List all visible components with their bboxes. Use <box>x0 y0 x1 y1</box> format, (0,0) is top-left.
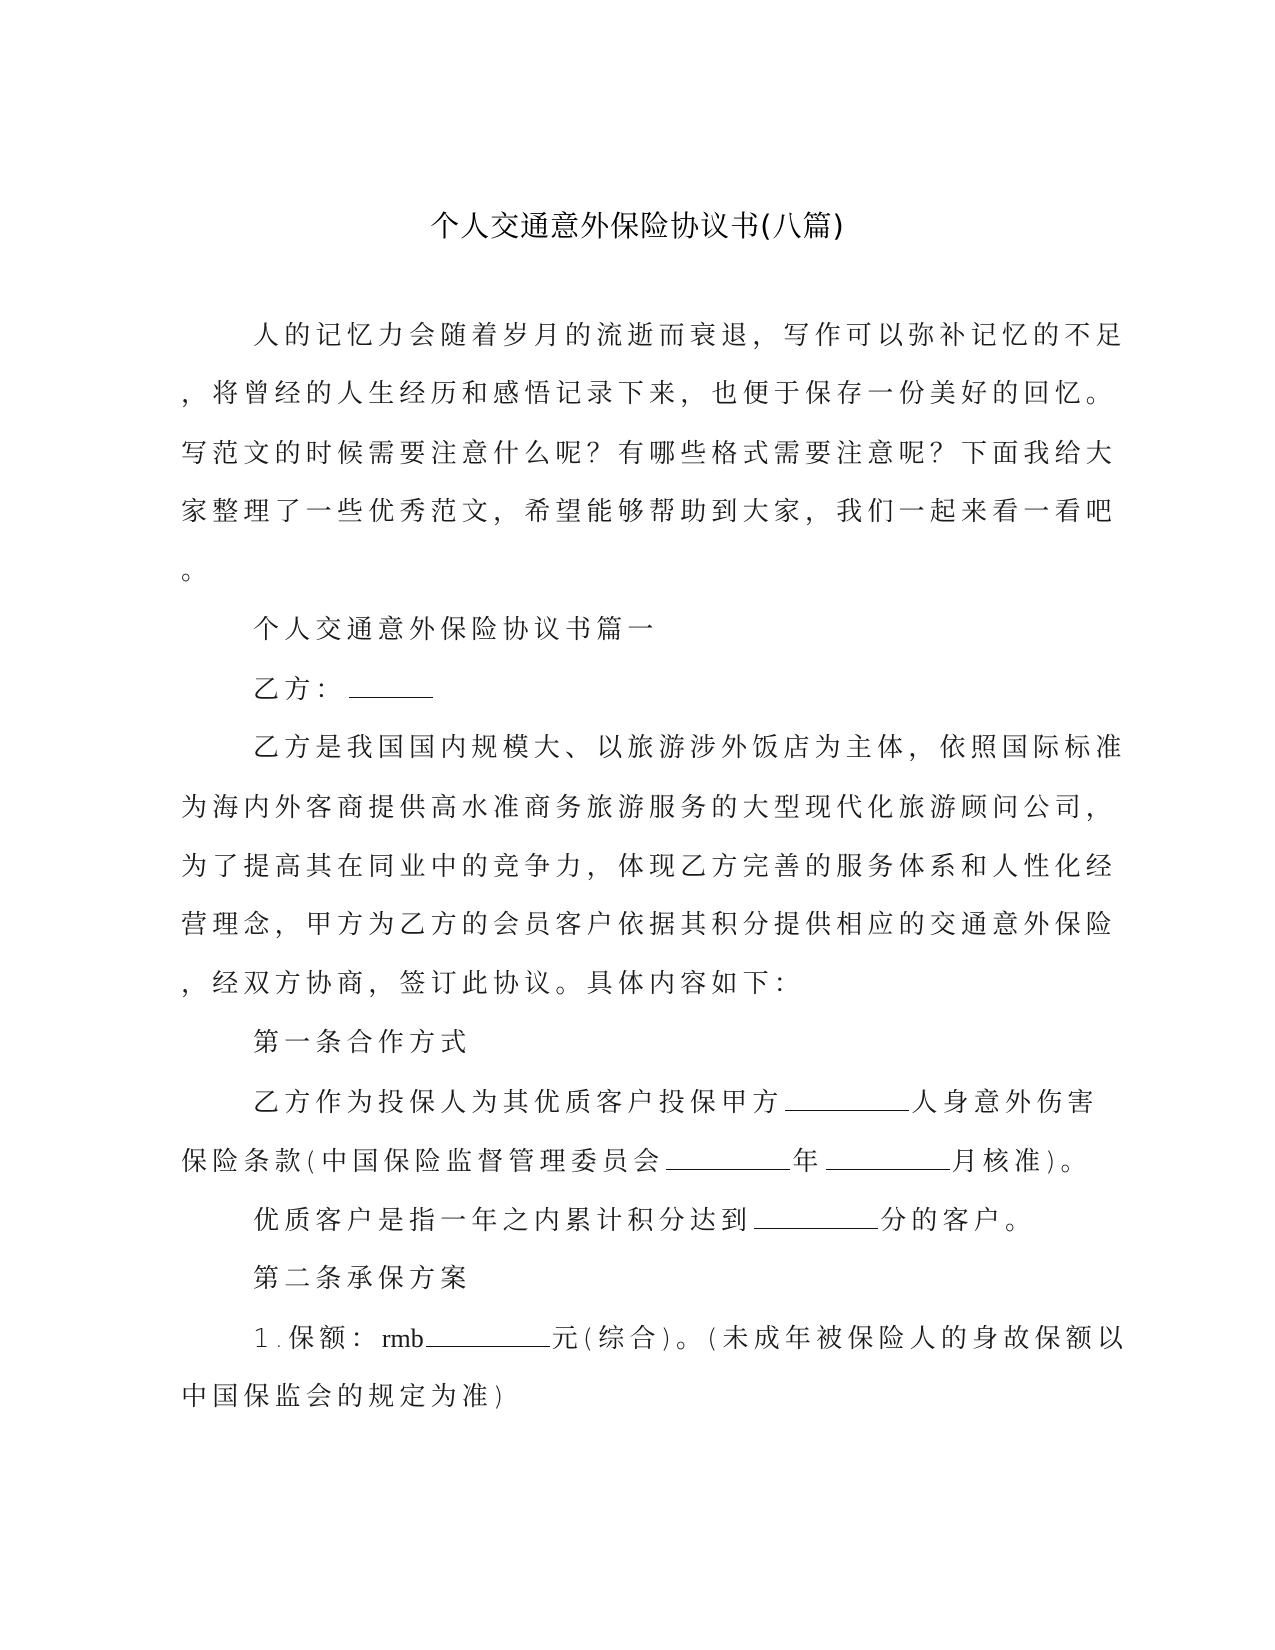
para1-line-3: 为了提高其在同业中的竞争力，体现乙方完善的服务体系和人性化经 <box>181 849 1117 885</box>
para1-line-1: 乙方是我国国内规模大、以旅游涉外饭店为主体，依照国际标准 <box>253 730 1127 766</box>
article1-line-3-text-a: 优质客户是指一年之内累计积分达到 <box>253 1206 752 1236</box>
article1-line-2-text-c: 月核准)。 <box>952 1147 1092 1177</box>
party-b-line: 乙方： <box>253 671 435 708</box>
para1-line-4: 营理念，甲方为乙方的会员客户依据其积分提供相应的交通意外保险 <box>181 907 1117 943</box>
article2-item-1-line-2: 中国保监会的规定为准) <box>181 1379 508 1415</box>
intro-line-1: 人的记忆力会随着岁月的流逝而衰退，写作可以弥补记忆的不足 <box>253 318 1127 354</box>
points-threshold-blank <box>754 1202 878 1229</box>
article1-heading: 第一条合作方式 <box>253 1025 471 1061</box>
article2-item-1: 1.保额：rmb元(综合)。(未成年被保险人的身故保额以 <box>253 1320 1128 1357</box>
party-b-label: 乙方： <box>253 675 347 705</box>
article2-heading: 第二条承保方案 <box>253 1261 471 1297</box>
document-page: 个人交通意外保险协议书(八篇) 人的记忆力会随着岁月的流逝而衰退，写作可以弥补记… <box>0 0 1275 1650</box>
para1-line-5: ，经双方协商，签订此协议。具体内容如下： <box>181 966 805 1002</box>
article2-item-1-text-b: 元(综合)。(未成年被保险人的身故保额以 <box>552 1324 1128 1354</box>
article1-line-2-text-a: 保险条款(中国保险监督管理委员会 <box>181 1147 664 1177</box>
article1-line-1: 乙方作为投保人为其优质客户投保甲方人身意外伤害 <box>253 1084 1099 1121</box>
insurance-product-blank <box>785 1084 909 1111</box>
para1-line-2: 为海内外客商提供高水准商务旅游服务的大型现代化旅游顾问公司， <box>181 790 1117 826</box>
intro-line-3: 写范文的时候需要注意什么呢？有哪些格式需要注意呢？下面我给大 <box>181 436 1117 472</box>
article1-line-1-text-a: 乙方作为投保人为其优质客户投保甲方 <box>253 1088 783 1118</box>
section-heading: 个人交通意外保险协议书篇一 <box>253 612 659 648</box>
article1-line-2: 保险条款(中国保险监督管理委员会年月核准)。 <box>181 1143 1092 1180</box>
approval-year-blank <box>666 1143 790 1170</box>
currency-label: rmb <box>382 1324 424 1353</box>
article1-line-1-text-b: 人身意外伤害 <box>911 1088 1098 1118</box>
intro-line-2: ，将曾经的人生经历和感悟记录下来，也便于保存一份美好的回忆。 <box>181 376 1117 412</box>
coverage-amount-blank <box>426 1320 550 1347</box>
article1-line-3-text-b: 分的客户。 <box>880 1206 1036 1236</box>
article2-item-1-text-a: 1.保额： <box>253 1324 382 1354</box>
approval-month-blank <box>826 1143 950 1170</box>
intro-line-5: 。 <box>181 553 212 589</box>
document-title: 个人交通意外保险协议书(八篇) <box>0 206 1275 246</box>
article1-line-3: 优质客户是指一年之内累计积分达到分的客户。 <box>253 1202 1036 1239</box>
party-b-blank <box>349 671 433 698</box>
intro-line-4: 家整理了一些优秀范文，希望能够帮助到大家，我们一起来看一看吧 <box>181 494 1117 530</box>
article1-line-2-text-b: 年 <box>792 1147 823 1177</box>
